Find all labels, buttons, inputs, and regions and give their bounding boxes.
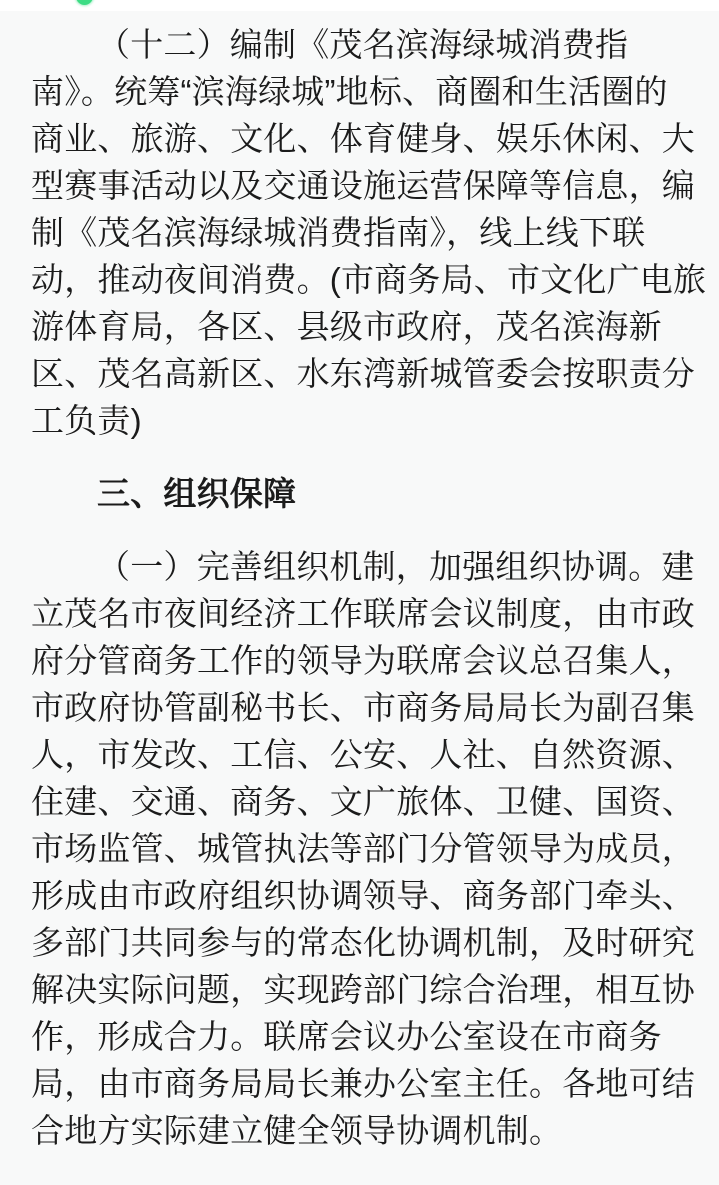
text-line: 游体育局，各区、县级市政府，茂名滨海新 xyxy=(31,303,697,350)
text-line: 区、茂名高新区、水东湾新城管委会按职责分 xyxy=(31,350,697,397)
text-line: 府分管商务工作的领导为联席会议总召集人， xyxy=(31,637,697,684)
text-line: 市政府协管副秘书长、市商务局局长为副召集 xyxy=(31,684,697,731)
text-line: 型赛事活动以及交通设施运营保障等信息，编 xyxy=(31,162,697,209)
text-line: 解决实际问题，实现跨部门综合治理，相互协 xyxy=(31,966,697,1013)
text-line: 立茂名市夜间经济工作联席会议制度，由市政 xyxy=(31,590,697,637)
text-line: 工负责) xyxy=(31,397,697,444)
text-line: 作，形成合力。联席会议办公室设在市商务 xyxy=(31,1013,697,1060)
text-line: 动，推动夜间消费。(市商务局、市文化广电旅 xyxy=(31,256,697,303)
text-line: 局，由市商务局局长兼办公室主任。各地可结 xyxy=(31,1060,697,1107)
text-line: （十二）编制《茂名滨海绿城消费指 xyxy=(31,21,697,68)
text-line: 制《茂名滨海绿城消费指南》，线上线下联 xyxy=(31,209,697,256)
text-line: 形成由市政府组织协调领导、商务部门牵头、 xyxy=(31,872,697,919)
top-edge-strip xyxy=(0,0,719,11)
text-line: 商业、旅游、文化、体育健身、娱乐休闲、大 xyxy=(31,115,697,162)
text-line: （一）完善组织机制，加强组织协调。建 xyxy=(31,543,697,590)
text-selection-handle-icon[interactable] xyxy=(76,0,93,5)
paragraph-item-1: （一）完善组织机制，加强组织协调。建立茂名市夜间经济工作联席会议制度，由市政府分… xyxy=(31,543,697,1154)
text-line: 人，市发改、工信、公安、人社、自然资源、 xyxy=(31,731,697,778)
text-line: 市场监管、城管执法等部门分管领导为成员， xyxy=(31,825,697,872)
text-line: 合地方实际建立健全领导协调机制。 xyxy=(31,1107,697,1154)
document-reader-screen: （十二）编制《茂名滨海绿城消费指南》。统筹“滨海绿城”地标、商圈和生活圈的商业、… xyxy=(0,0,719,1185)
text-line: 住建、交通、商务、文广旅体、卫健、国资、 xyxy=(31,778,697,825)
text-line: 南》。统筹“滨海绿城”地标、商圈和生活圈的 xyxy=(31,68,697,115)
text-line: 多部门共同参与的常态化协调机制，及时研究 xyxy=(31,919,697,966)
text-line: 三、组织保障 xyxy=(31,470,697,517)
document-body: （十二）编制《茂名滨海绿城消费指南》。统筹“滨海绿城”地标、商圈和生活圈的商业、… xyxy=(0,11,719,1185)
section-heading-organization-support: 三、组织保障 xyxy=(31,470,697,517)
paragraph-item-12: （十二）编制《茂名滨海绿城消费指南》。统筹“滨海绿城”地标、商圈和生活圈的商业、… xyxy=(31,21,697,444)
